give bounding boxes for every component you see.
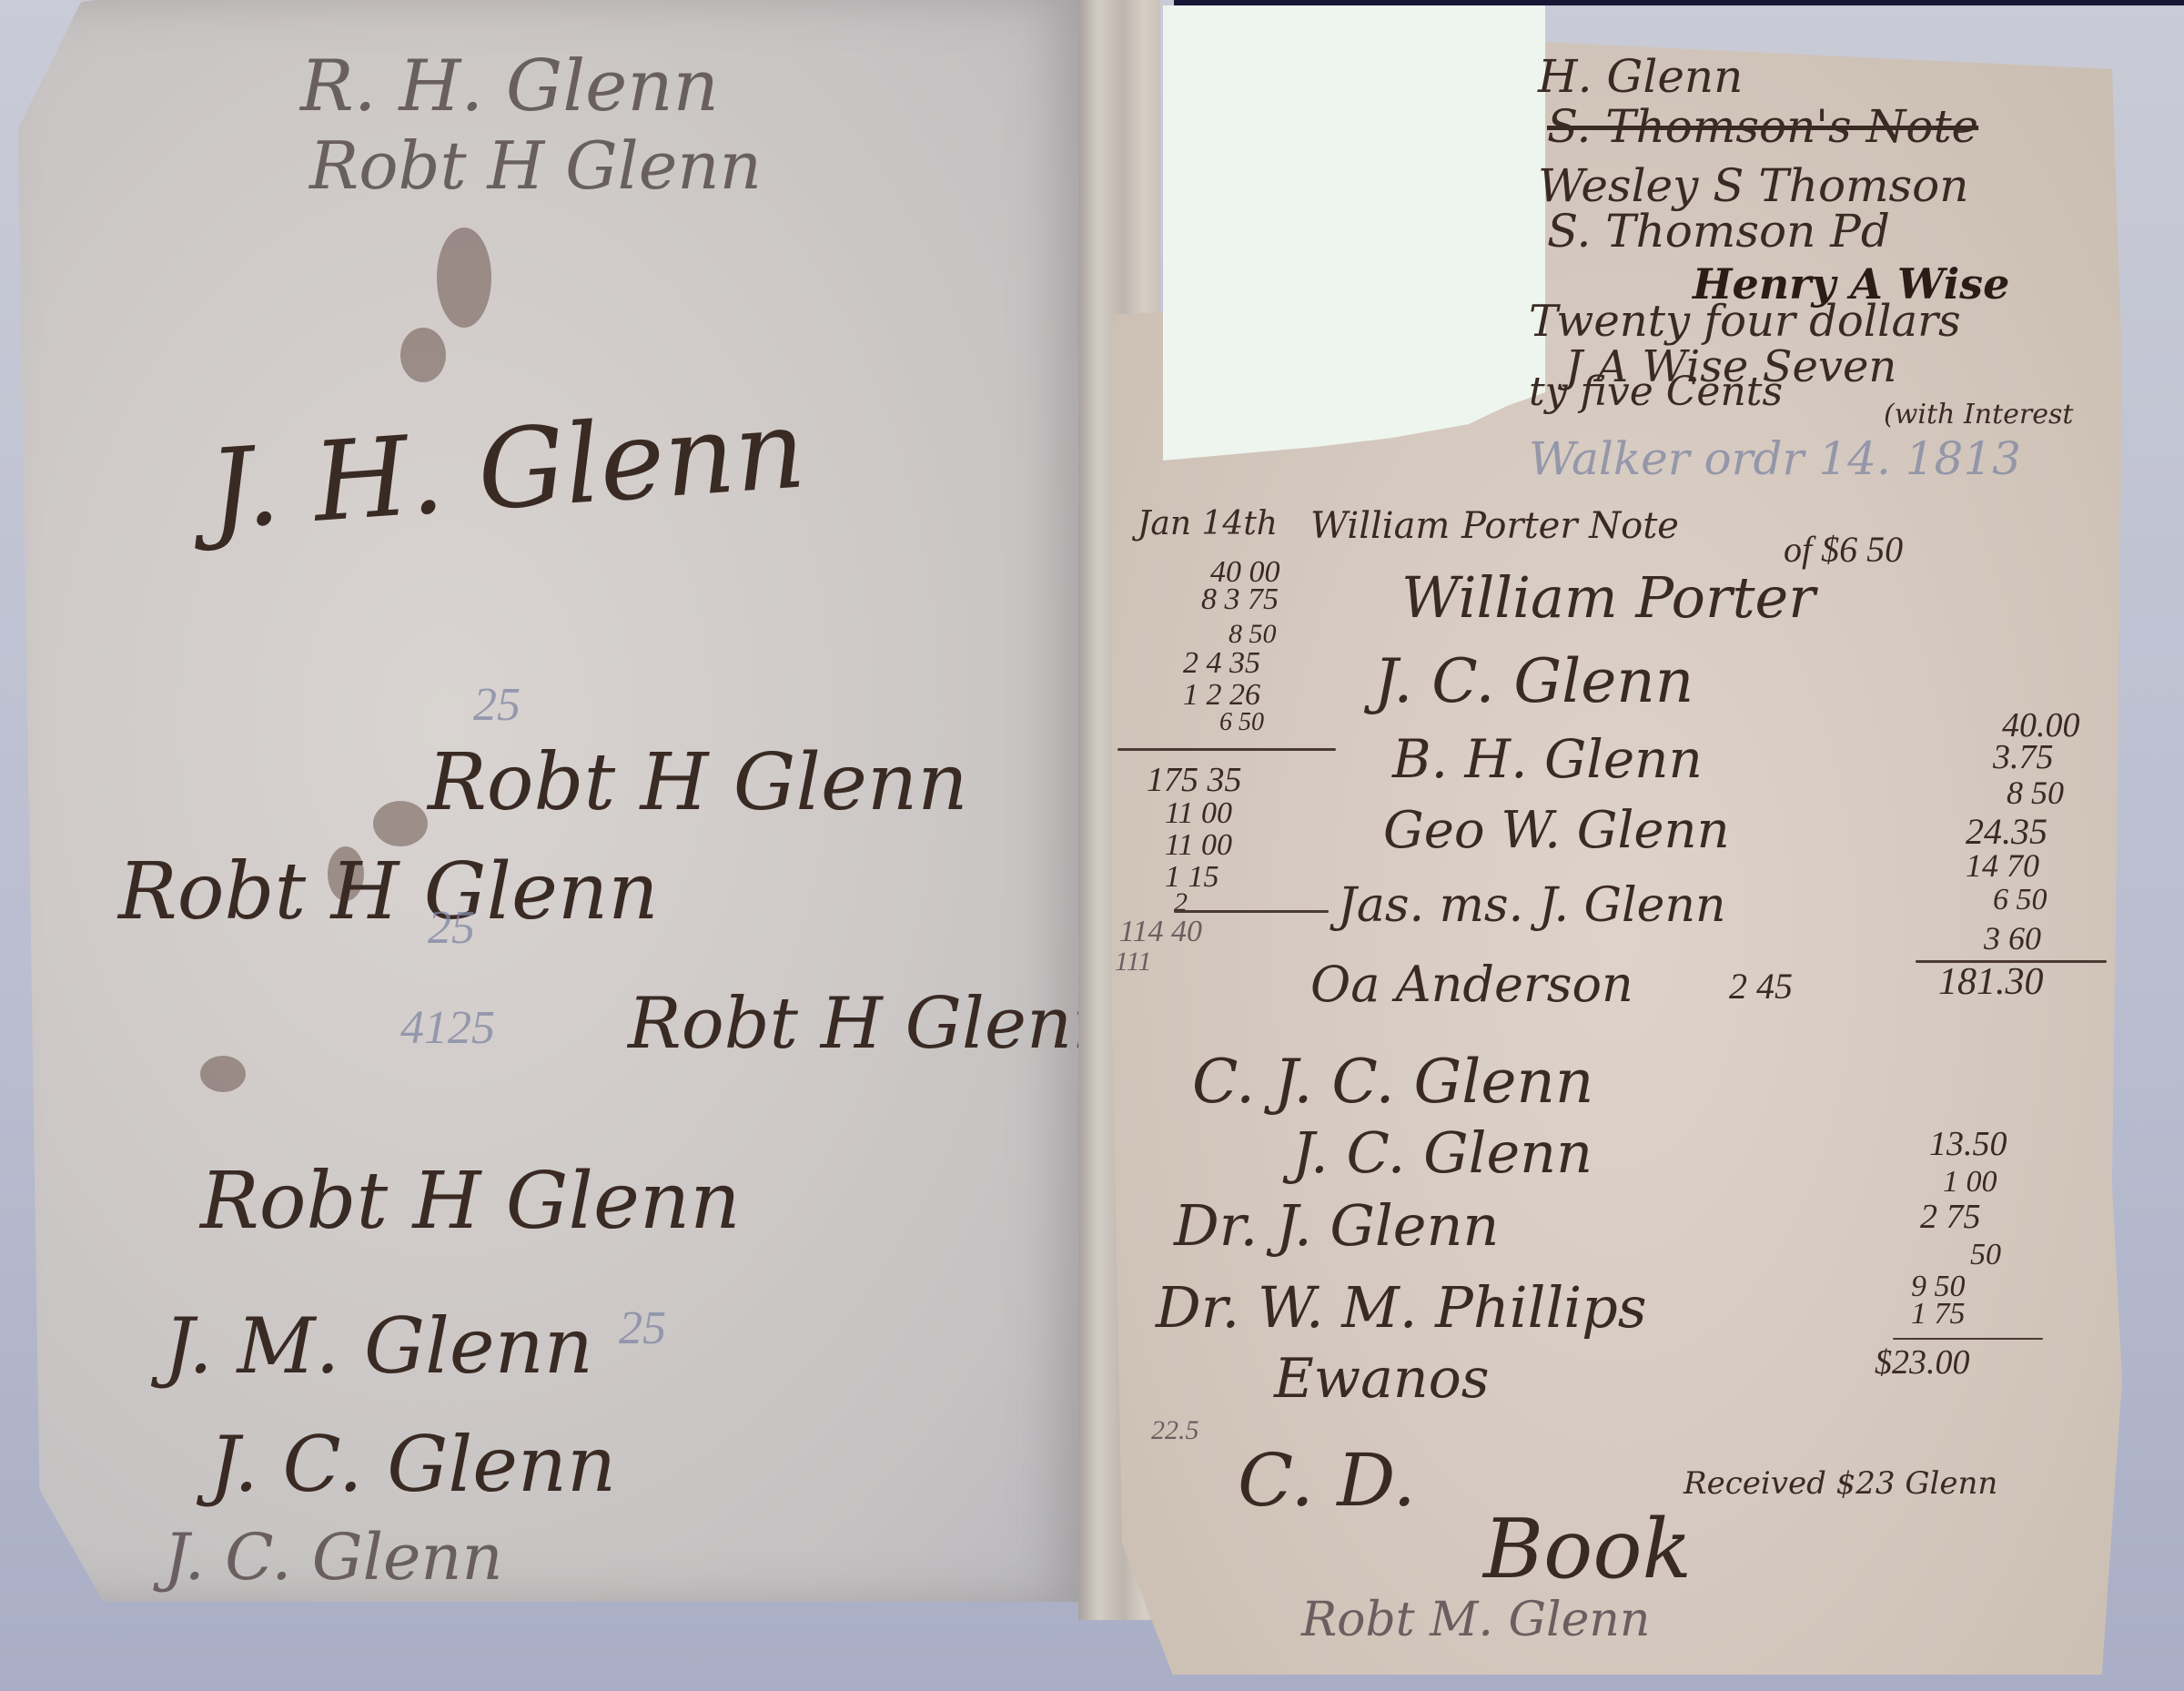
- pencil-line: Walker ordr 14. 1813: [1529, 432, 2021, 485]
- ledger-amount: 1 75: [1911, 1297, 1966, 1332]
- ledger-name: Ewanos: [1274, 1347, 1489, 1411]
- signature: R. H. Glenn: [300, 46, 719, 127]
- header-line: (with Interest: [1884, 399, 2073, 430]
- header-line: H. Glenn: [1538, 50, 1743, 103]
- ledger-figure: 2: [1174, 887, 1188, 918]
- note-text: William Porter Note: [1310, 505, 1679, 547]
- pencil-number: 4125: [400, 1001, 495, 1055]
- note-date: Jan 14th: [1137, 505, 1278, 542]
- ledger-amount: 6 50: [1993, 883, 2047, 917]
- ledger-name: Robt M. Glenn: [1301, 1593, 1650, 1647]
- header-line: Twenty four dollars: [1529, 296, 1961, 347]
- top-dark-band: [1174, 0, 2184, 5]
- ledger-total: 181.30: [1938, 960, 2044, 1004]
- ledger-name: Dr. J. Glenn: [1174, 1192, 1499, 1259]
- ledger-photo: R. H. Glenn Robt H Glenn J. H. Glenn Rob…: [0, 0, 2184, 1691]
- signature: Robt H Glenn: [428, 737, 968, 828]
- pencil-number: 25: [619, 1301, 666, 1355]
- ledger-name: J. C. Glenn: [1292, 1119, 1592, 1186]
- signature: J. C. Glenn: [209, 1420, 616, 1509]
- sum-rule: [1117, 748, 1336, 751]
- ink-stain: [373, 801, 428, 846]
- ink-stain: [200, 1056, 246, 1092]
- signature: Robt H Glenn: [309, 127, 762, 204]
- margin-mark: 22.5: [1151, 1415, 1199, 1446]
- anderson-amount: 2 45: [1729, 965, 1793, 1008]
- ledger-figure: 8 3 75: [1201, 582, 1279, 617]
- ledger-name: C. J. C. Glenn: [1192, 1047, 1593, 1117]
- header-line: S. Thomson Pd: [1547, 205, 1890, 258]
- signature: Robt H Glenn: [628, 983, 1117, 1065]
- ledger-figure: 111: [1115, 947, 1152, 977]
- ledger-name: Dr. W. M. Phillips: [1156, 1274, 1647, 1341]
- ledger-name: Jas. ms. J. Glenn: [1338, 878, 1725, 933]
- ink-stain: [437, 228, 491, 328]
- ledger-name: Oa Anderson: [1310, 956, 1633, 1013]
- ledger-amount: 3.75: [1993, 737, 2054, 777]
- header-line: ty five Cents: [1529, 369, 1783, 415]
- ledger-total: $23.00: [1875, 1342, 1970, 1382]
- ledger-amount: 13.50: [1929, 1124, 2007, 1164]
- ledger-figure: 8 50: [1228, 619, 1277, 650]
- ledger-amount: 3 60: [1984, 919, 2041, 957]
- ledger-figure: 6 50: [1219, 708, 1264, 737]
- ledger-amount: 50: [1970, 1238, 2001, 1272]
- ledger-name: Geo W. Glenn: [1383, 801, 1730, 860]
- ink-stain: [400, 328, 446, 382]
- sum-rule: [1174, 910, 1329, 913]
- ledger-figure: 11 00: [1165, 828, 1232, 863]
- ledger-figure: 11 00: [1165, 796, 1232, 831]
- sum-rule: [1893, 1338, 2043, 1340]
- ledger-figure: 1 15: [1165, 860, 1219, 895]
- ledger-name: William Porter: [1401, 564, 1815, 631]
- ledger-name: Received $23 Glenn: [1683, 1465, 1997, 1502]
- signature: J. C. Glenn: [164, 1520, 503, 1595]
- ledger-figure: 114 40: [1119, 915, 1202, 949]
- ledger-name: J. C. Glenn: [1374, 646, 1694, 716]
- ledger-name: Book: [1483, 1502, 1692, 1597]
- ledger-total: 175 35: [1147, 760, 1242, 800]
- pencil-number: 25: [428, 901, 475, 955]
- pencil-number: 25: [473, 678, 521, 732]
- ledger-name: B. H. Glenn: [1392, 728, 1703, 790]
- ledger-amount: 8 50: [2007, 774, 2064, 812]
- signature: Robt H Glenn: [118, 846, 659, 937]
- header-line-crossed: S. Thomson's Note: [1547, 100, 1978, 153]
- ledger-amount: 2 75: [1920, 1197, 1981, 1237]
- ledger-amount: 1 00: [1943, 1165, 1997, 1200]
- blank-inserted-sheet: [1163, 5, 1545, 461]
- ledger-amount: 14 70: [1966, 846, 2039, 885]
- ledger-name: C. D.: [1238, 1438, 1416, 1523]
- ledger-figure: 2 4 35: [1183, 646, 1260, 681]
- signature: J. M. Glenn: [164, 1301, 593, 1391]
- signature: Robt H Glenn: [200, 1156, 741, 1247]
